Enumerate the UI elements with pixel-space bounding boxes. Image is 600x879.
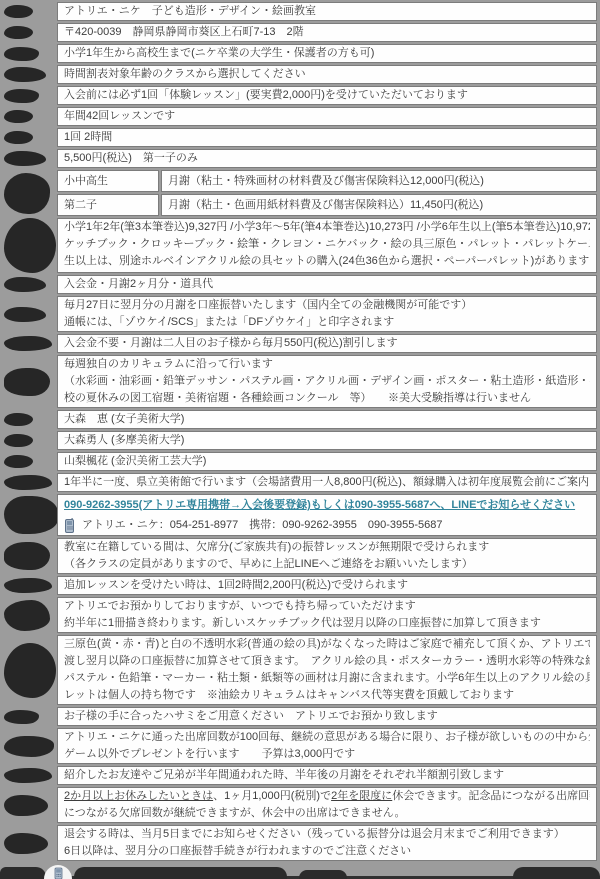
row-eligibility: 小学1年生から高校生まで(ニケ卒業の大学生・保護者の方も可) bbox=[0, 44, 597, 63]
row-makeup-lessons: 教室に在籍している間は、欠席分(ご家族共有)の振替レッスンが無期限で受けられます… bbox=[0, 538, 597, 574]
redaction-mark bbox=[4, 368, 50, 396]
row-art-supplies: 三原色(黄・赤・青)と白の不透明水彩(普通の絵の具)がなくなった時はご家庭で補充… bbox=[0, 635, 597, 705]
row-sketchbook: アトリエでお預かりしておりますが、いつでも持ち帰っていただけます 約半年に1冊描… bbox=[0, 597, 597, 633]
redaction-mark bbox=[4, 768, 52, 783]
row-withdrawal: 退会する時は、当月5日までにお知らせください（残っている振替分は退会月末までご利… bbox=[0, 825, 597, 861]
row-tuition-second-child: 第二子 月謝（粘土・色画用紙材料費及び傷害保険料込） 11,450円(税込) bbox=[57, 194, 597, 216]
mobile-phone-icon bbox=[64, 518, 75, 533]
redaction-mark bbox=[4, 151, 46, 166]
redaction-mark bbox=[4, 475, 52, 490]
redaction-mark bbox=[4, 110, 33, 123]
redaction-mark bbox=[4, 542, 50, 570]
row-contact: 090-9262-3955(アトリエ専用携帯→入会後要登録)もしくは090-39… bbox=[0, 494, 597, 536]
redaction-mark bbox=[4, 307, 46, 322]
tuition-category: 小中高生 bbox=[64, 175, 108, 187]
row-scissors: お子様の手に合ったハサミをご用意ください アトリエでお預かり致します bbox=[0, 707, 597, 726]
redaction-mark bbox=[4, 643, 56, 698]
redaction-mark bbox=[4, 578, 52, 593]
row-referral-discount: 紹介したお友達やご兄弟が半年間通われた時、半年後の月謝をそれぞれ半額割引致します bbox=[0, 766, 597, 785]
redaction-mark bbox=[4, 455, 33, 468]
redaction-mark bbox=[4, 336, 52, 351]
redacted-info-sheet: アトリエ・ニケ 子ども造形・デザイン・絵画教室 〒420-0039 静岡県静岡市… bbox=[0, 0, 600, 879]
redaction-mark bbox=[4, 413, 33, 426]
redaction-mark bbox=[4, 496, 58, 534]
redaction-mark bbox=[4, 89, 39, 103]
redaction-mark bbox=[4, 67, 46, 82]
tuition-price: 12,000円(税込) bbox=[410, 171, 484, 191]
redaction-mark bbox=[74, 867, 287, 879]
teacher-name: 大森勇人 (多摩美術大学) bbox=[64, 432, 590, 449]
redaction-mark bbox=[4, 5, 33, 18]
row-trial-lesson: 入会前には必ず1回「体験レッスン」(要実費2,000円)を受けていただいておりま… bbox=[0, 86, 597, 105]
contact-phone-link[interactable]: 090-9262-3955(アトリエ専用携帯→入会後要登録)もしくは090-39… bbox=[64, 499, 575, 511]
row-teacher-3: 山梨楓花 (金沢美術工芸大学) bbox=[0, 452, 597, 471]
row-sibling-discount: 入会金不要・月謝は二人目のお子様から毎月550円(税込)割引します bbox=[0, 334, 597, 353]
redaction-mark bbox=[299, 870, 347, 879]
contact-numbers: アトリエ・ニケ：054-251-8977 携帯：090-9262-3955 09… bbox=[82, 515, 443, 535]
row-supply-kit-prices: 小学1年2年(筆3本筆巻込)9,327円 /小学3年～5年(筆4本筆巻込)10,… bbox=[0, 218, 597, 273]
footer-redacted-bar bbox=[0, 864, 600, 879]
row-annual-lessons: 年間42回レッスンです bbox=[0, 107, 597, 126]
row-class-selection: 時間割表対象年齢のクラスから選択してください bbox=[0, 65, 597, 84]
redaction-mark bbox=[4, 26, 33, 39]
row-tuition-regular: 小中高生 月謝（粘土・特殊画材の材料費及び傷害保険料込） 12,000円(税込) bbox=[57, 170, 597, 192]
redaction-mark bbox=[4, 710, 39, 724]
row-teacher-1: 大森 恵 (女子美術大学) bbox=[0, 410, 597, 429]
row-exhibition: 1年半に一度、県立美術館で行います（会場諸費用一人8,800円(税込)、額縁購入… bbox=[0, 473, 597, 492]
row-curriculum: 毎週独自のカリキュラムに沿って行います （水彩画・油彩画・鉛筆デッサン・パステル… bbox=[0, 355, 597, 408]
redaction-mark bbox=[4, 277, 46, 292]
tuition-category: 第二子 bbox=[64, 199, 97, 211]
row-address: 〒420-0039 静岡県静岡市葵区上石町7-13 2階 bbox=[0, 23, 597, 42]
row-initial-cost: 入会金・月謝2ヶ月分・道具代 bbox=[0, 275, 597, 294]
school-name: アトリエ・ニケ 子ども造形・デザイン・絵画教室 bbox=[64, 3, 590, 20]
teacher-name: 山梨楓花 (金沢美術工芸大学) bbox=[64, 453, 590, 470]
row-tuition-group: 小中高生 月謝（粘土・特殊画材の材料費及び傷害保険料込） 12,000円(税込)… bbox=[0, 170, 597, 216]
redaction-mark bbox=[4, 131, 33, 144]
redaction-mark bbox=[4, 736, 54, 757]
tuition-description: 月謝（粘土・特殊画材の材料費及び傷害保険料込） bbox=[168, 171, 410, 191]
row-school-name: アトリエ・ニケ 子ども造形・デザイン・絵画教室 bbox=[0, 2, 597, 21]
info-table: アトリエ・ニケ 子ども造形・デザイン・絵画教室 〒420-0039 静岡県静岡市… bbox=[0, 2, 597, 861]
address: 〒420-0039 静岡県静岡市葵区上石町7-13 2階 bbox=[64, 24, 590, 41]
row-bank-transfer: 毎月27日に翌月分の月謝を口座振替いたします（国内全ての金融機関が可能です） 通… bbox=[0, 296, 597, 332]
redaction-mark bbox=[4, 795, 48, 816]
row-extra-lessons: 追加レッスンを受けたい時は、1回2時間2,200円(税込)で受けられます bbox=[0, 576, 597, 595]
redaction-mark bbox=[0, 867, 46, 879]
teacher-name: 大森 恵 (女子美術大学) bbox=[64, 411, 590, 428]
row-teacher-2: 大森勇人 (多摩美術大学) bbox=[0, 431, 597, 450]
redaction-mark bbox=[4, 833, 48, 854]
tuition-description: 月謝（粘土・色画用紙材料費及び傷害保険料込） bbox=[168, 195, 410, 215]
redaction-mark bbox=[4, 173, 50, 214]
row-leave-of-absence: 2か月以上お休みしたいときは、1ヶ月1,000円(税別)で2年を限度に休会できま… bbox=[0, 787, 597, 823]
tuition-price: 11,450円(税込) bbox=[410, 195, 483, 215]
row-attendance-reward: アトリエ・ニケに通った出席回数が100回毎、継続の意思がある場合に限り、お子様が… bbox=[0, 728, 597, 764]
row-lesson-duration: 1回 2時間 bbox=[0, 128, 597, 147]
redaction-mark bbox=[4, 218, 56, 273]
redaction-mark bbox=[4, 434, 33, 447]
redaction-mark bbox=[513, 867, 600, 879]
row-admission-fee: 5,500円(税込) 第一子のみ bbox=[0, 149, 597, 168]
mobile-phone-icon bbox=[54, 867, 63, 879]
redaction-mark bbox=[4, 47, 39, 61]
redaction-mark bbox=[4, 600, 50, 631]
